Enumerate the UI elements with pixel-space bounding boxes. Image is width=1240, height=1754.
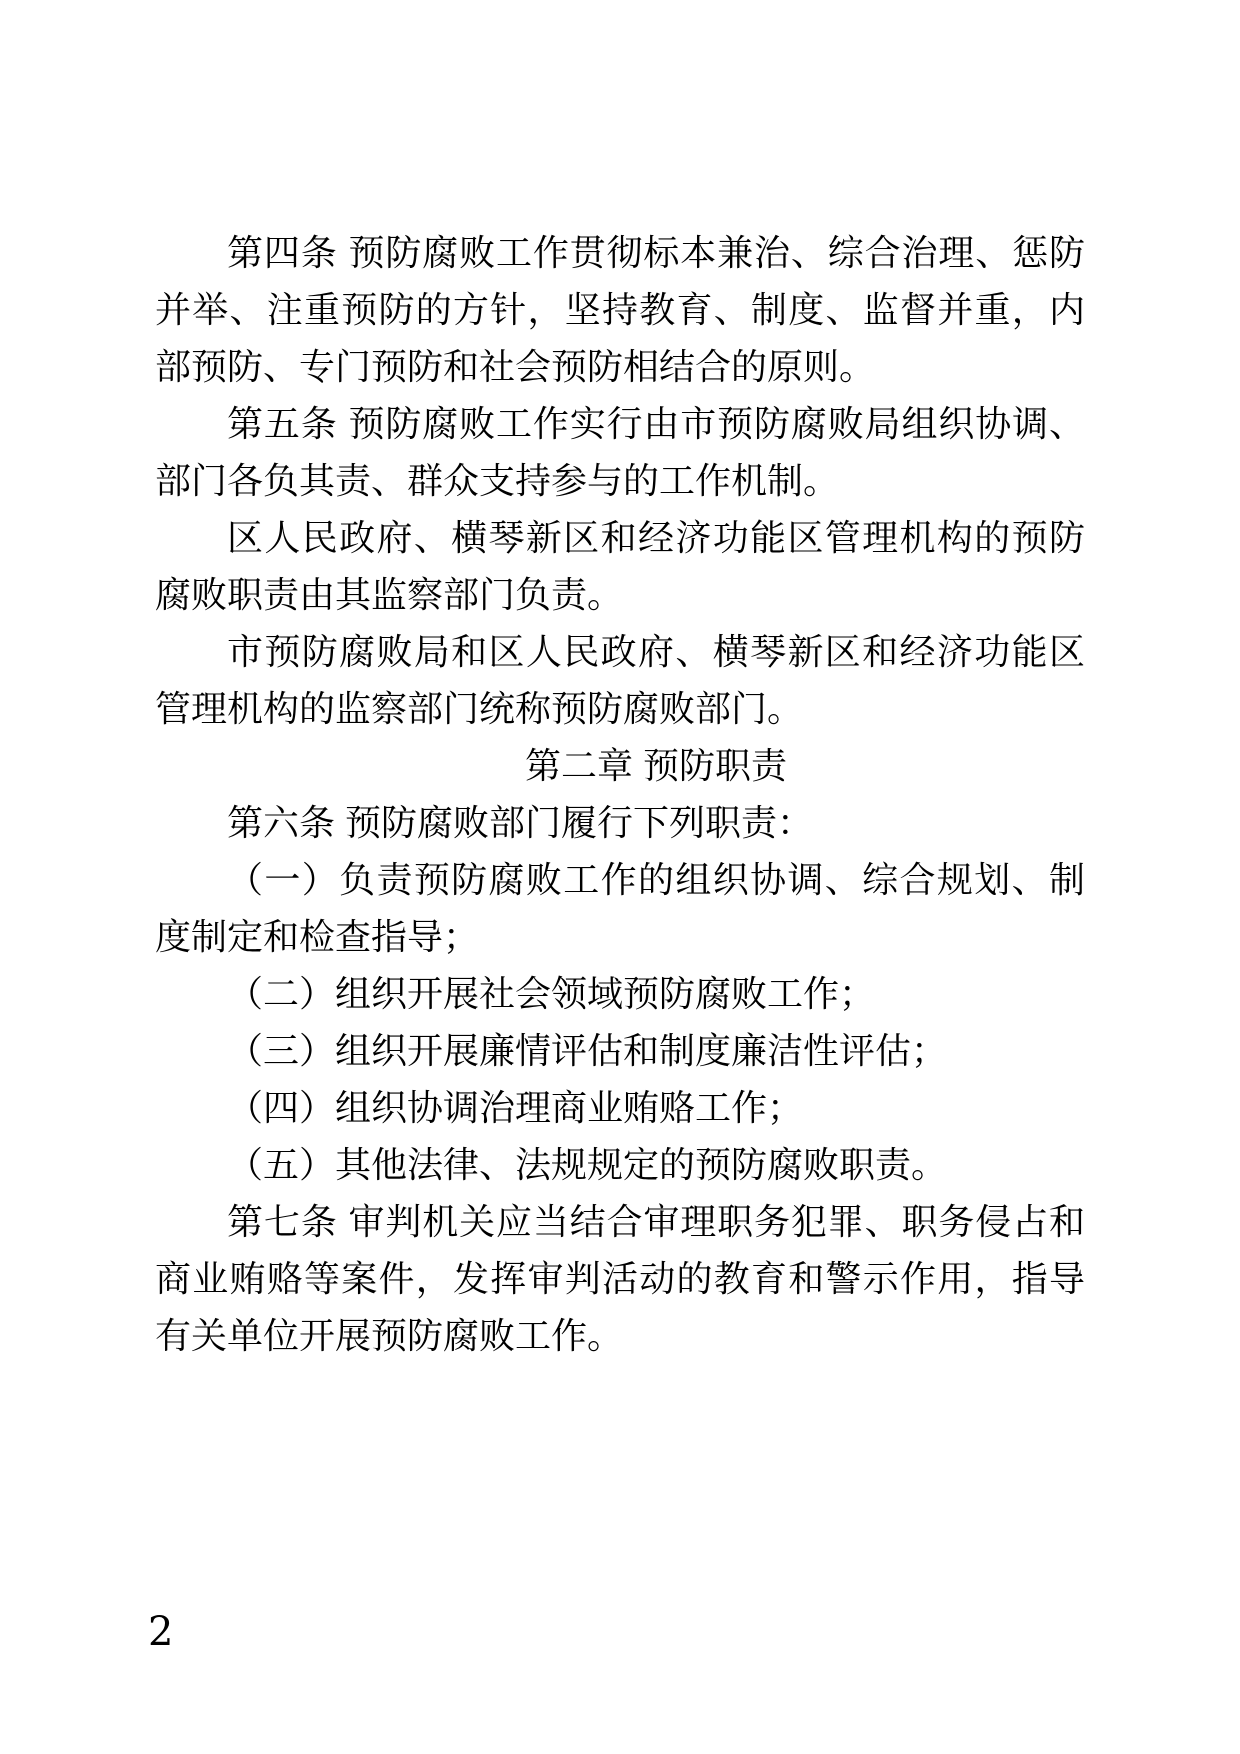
article-paragraph: 第五条 预防腐败工作实行由市预防腐败局组织协调、部门各负其责、群众支持参与的工作… <box>155 395 1085 509</box>
article-list-item: （一）负责预防腐败工作的组织协调、综合规划、制度制定和检查指导； <box>155 851 1085 965</box>
chapter-heading: 第二章 预防职责 <box>155 737 1085 794</box>
article-paragraph: 市预防腐败局和区人民政府、横琴新区和经济功能区管理机构的监察部门统称预防腐败部门… <box>155 623 1085 737</box>
document-page: 第四条 预防腐败工作贯彻标本兼治、综合治理、惩防并举、注重预防的方针，坚持教育、… <box>0 0 1240 1754</box>
article-paragraph: 第七条 审判机关应当结合审理职务犯罪、职务侵占和商业贿赂等案件，发挥审判活动的教… <box>155 1193 1085 1364</box>
article-paragraph: 第六条 预防腐败部门履行下列职责： <box>155 794 1085 851</box>
article-list-item: （三）组织开展廉情评估和制度廉洁性评估； <box>155 1022 1085 1079</box>
article-list-item: （五）其他法律、法规规定的预防腐败职责。 <box>155 1136 1085 1193</box>
article-list-item: （四）组织协调治理商业贿赂工作； <box>155 1079 1085 1136</box>
article-paragraph: 区人民政府、横琴新区和经济功能区管理机构的预防腐败职责由其监察部门负责。 <box>155 509 1085 623</box>
article-list-item: （二）组织开展社会领域预防腐败工作； <box>155 965 1085 1022</box>
page-number: 2 <box>148 1610 173 1654</box>
article-paragraph: 第四条 预防腐败工作贯彻标本兼治、综合治理、惩防并举、注重预防的方针，坚持教育、… <box>155 224 1085 395</box>
document-body: 第四条 预防腐败工作贯彻标本兼治、综合治理、惩防并举、注重预防的方针，坚持教育、… <box>155 224 1085 1364</box>
